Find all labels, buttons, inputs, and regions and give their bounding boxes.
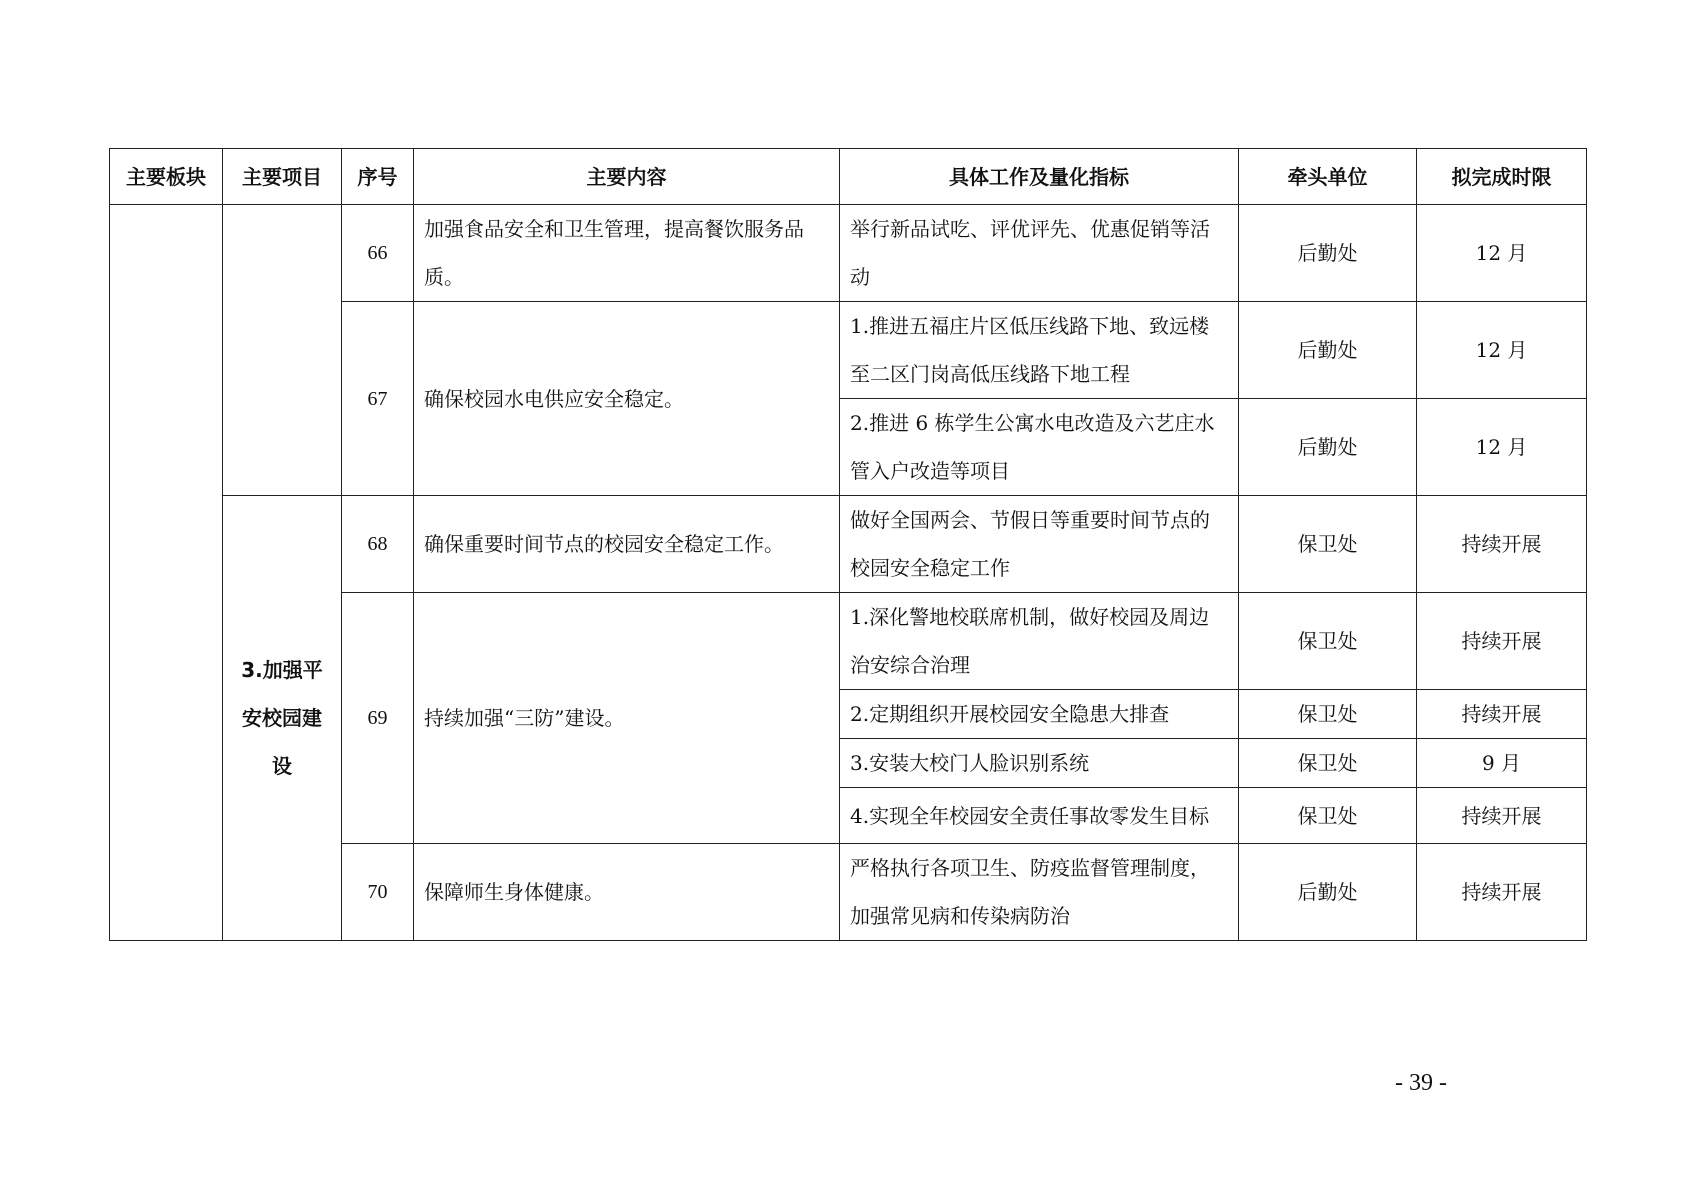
deadline: 持续开展 bbox=[1417, 690, 1587, 739]
deadline: 持续开展 bbox=[1417, 844, 1587, 941]
project-cell bbox=[223, 205, 342, 496]
deadline: 12 月 bbox=[1417, 302, 1587, 399]
lead-unit: 保卫处 bbox=[1239, 739, 1417, 788]
lead-unit: 保卫处 bbox=[1239, 690, 1417, 739]
deadline: 9 月 bbox=[1417, 739, 1587, 788]
header-project: 主要项目 bbox=[223, 149, 342, 205]
table-row: 3.加强平 安校园建 设 68 确保重要时间节点的校园安全稳定工作。 做好全国两… bbox=[110, 496, 1587, 593]
work-plan-table: 主要板块 主要项目 序号 主要内容 具体工作及量化指标 牵头单位 拟完成时限 6… bbox=[109, 148, 1587, 941]
task-text: 2.定期组织开展校园安全隐患大排查 bbox=[840, 690, 1239, 739]
lead-unit: 保卫处 bbox=[1239, 788, 1417, 844]
task-text: 1.深化警地校联席机制，做好校园及周边治安综合治理 bbox=[840, 593, 1239, 690]
task-text: 做好全国两会、节假日等重要时间节点的校园安全稳定工作 bbox=[840, 496, 1239, 593]
project-cell-safe-campus: 3.加强平 安校园建 设 bbox=[223, 496, 342, 941]
table-row: 66 加强食品安全和卫生管理，提高餐饮服务品质。 举行新品试吃、评优评先、优惠促… bbox=[110, 205, 1587, 302]
header-tasks: 具体工作及量化指标 bbox=[840, 149, 1239, 205]
row-number: 67 bbox=[342, 302, 414, 496]
lead-unit: 后勤处 bbox=[1239, 844, 1417, 941]
lead-unit: 后勤处 bbox=[1239, 399, 1417, 496]
task-text: 举行新品试吃、评优评先、优惠促销等活动 bbox=[840, 205, 1239, 302]
row-content: 确保重要时间节点的校园安全稳定工作。 bbox=[414, 496, 840, 593]
header-number: 序号 bbox=[342, 149, 414, 205]
deadline: 持续开展 bbox=[1417, 496, 1587, 593]
deadline: 持续开展 bbox=[1417, 788, 1587, 844]
table-header-row: 主要板块 主要项目 序号 主要内容 具体工作及量化指标 牵头单位 拟完成时限 bbox=[110, 149, 1587, 205]
task-text: 4.实现全年校园安全责任事故零发生目标 bbox=[840, 788, 1239, 844]
section-cell bbox=[110, 205, 223, 941]
lead-unit: 后勤处 bbox=[1239, 302, 1417, 399]
row-number: 70 bbox=[342, 844, 414, 941]
page-number: - 39 - bbox=[1395, 1070, 1447, 1097]
row-content: 确保校园水电供应安全稳定。 bbox=[414, 302, 840, 496]
project-line: 设 bbox=[233, 742, 331, 790]
task-text: 2.推进 6 栋学生公寓水电改造及六艺庄水管入户改造等项目 bbox=[840, 399, 1239, 496]
row-content: 持续加强“三防”建设。 bbox=[414, 593, 840, 844]
project-line: 安校园建 bbox=[233, 694, 331, 742]
header-content: 主要内容 bbox=[414, 149, 840, 205]
project-line: 3.加强平 bbox=[233, 646, 331, 694]
deadline: 12 月 bbox=[1417, 399, 1587, 496]
row-number: 66 bbox=[342, 205, 414, 302]
deadline: 12 月 bbox=[1417, 205, 1587, 302]
header-deadline: 拟完成时限 bbox=[1417, 149, 1587, 205]
row-number: 69 bbox=[342, 593, 414, 844]
header-section: 主要板块 bbox=[110, 149, 223, 205]
task-text: 严格执行各项卫生、防疫监督管理制度，加强常见病和传染病防治 bbox=[840, 844, 1239, 941]
lead-unit: 保卫处 bbox=[1239, 496, 1417, 593]
row-content: 加强食品安全和卫生管理，提高餐饮服务品质。 bbox=[414, 205, 840, 302]
task-text: 1.推进五福庄片区低压线路下地、致远楼至二区门岗高低压线路下地工程 bbox=[840, 302, 1239, 399]
header-lead-unit: 牵头单位 bbox=[1239, 149, 1417, 205]
row-content: 保障师生身体健康。 bbox=[414, 844, 840, 941]
deadline: 持续开展 bbox=[1417, 593, 1587, 690]
lead-unit: 保卫处 bbox=[1239, 593, 1417, 690]
lead-unit: 后勤处 bbox=[1239, 205, 1417, 302]
task-text: 3.安装大校门人脸识别系统 bbox=[840, 739, 1239, 788]
row-number: 68 bbox=[342, 496, 414, 593]
